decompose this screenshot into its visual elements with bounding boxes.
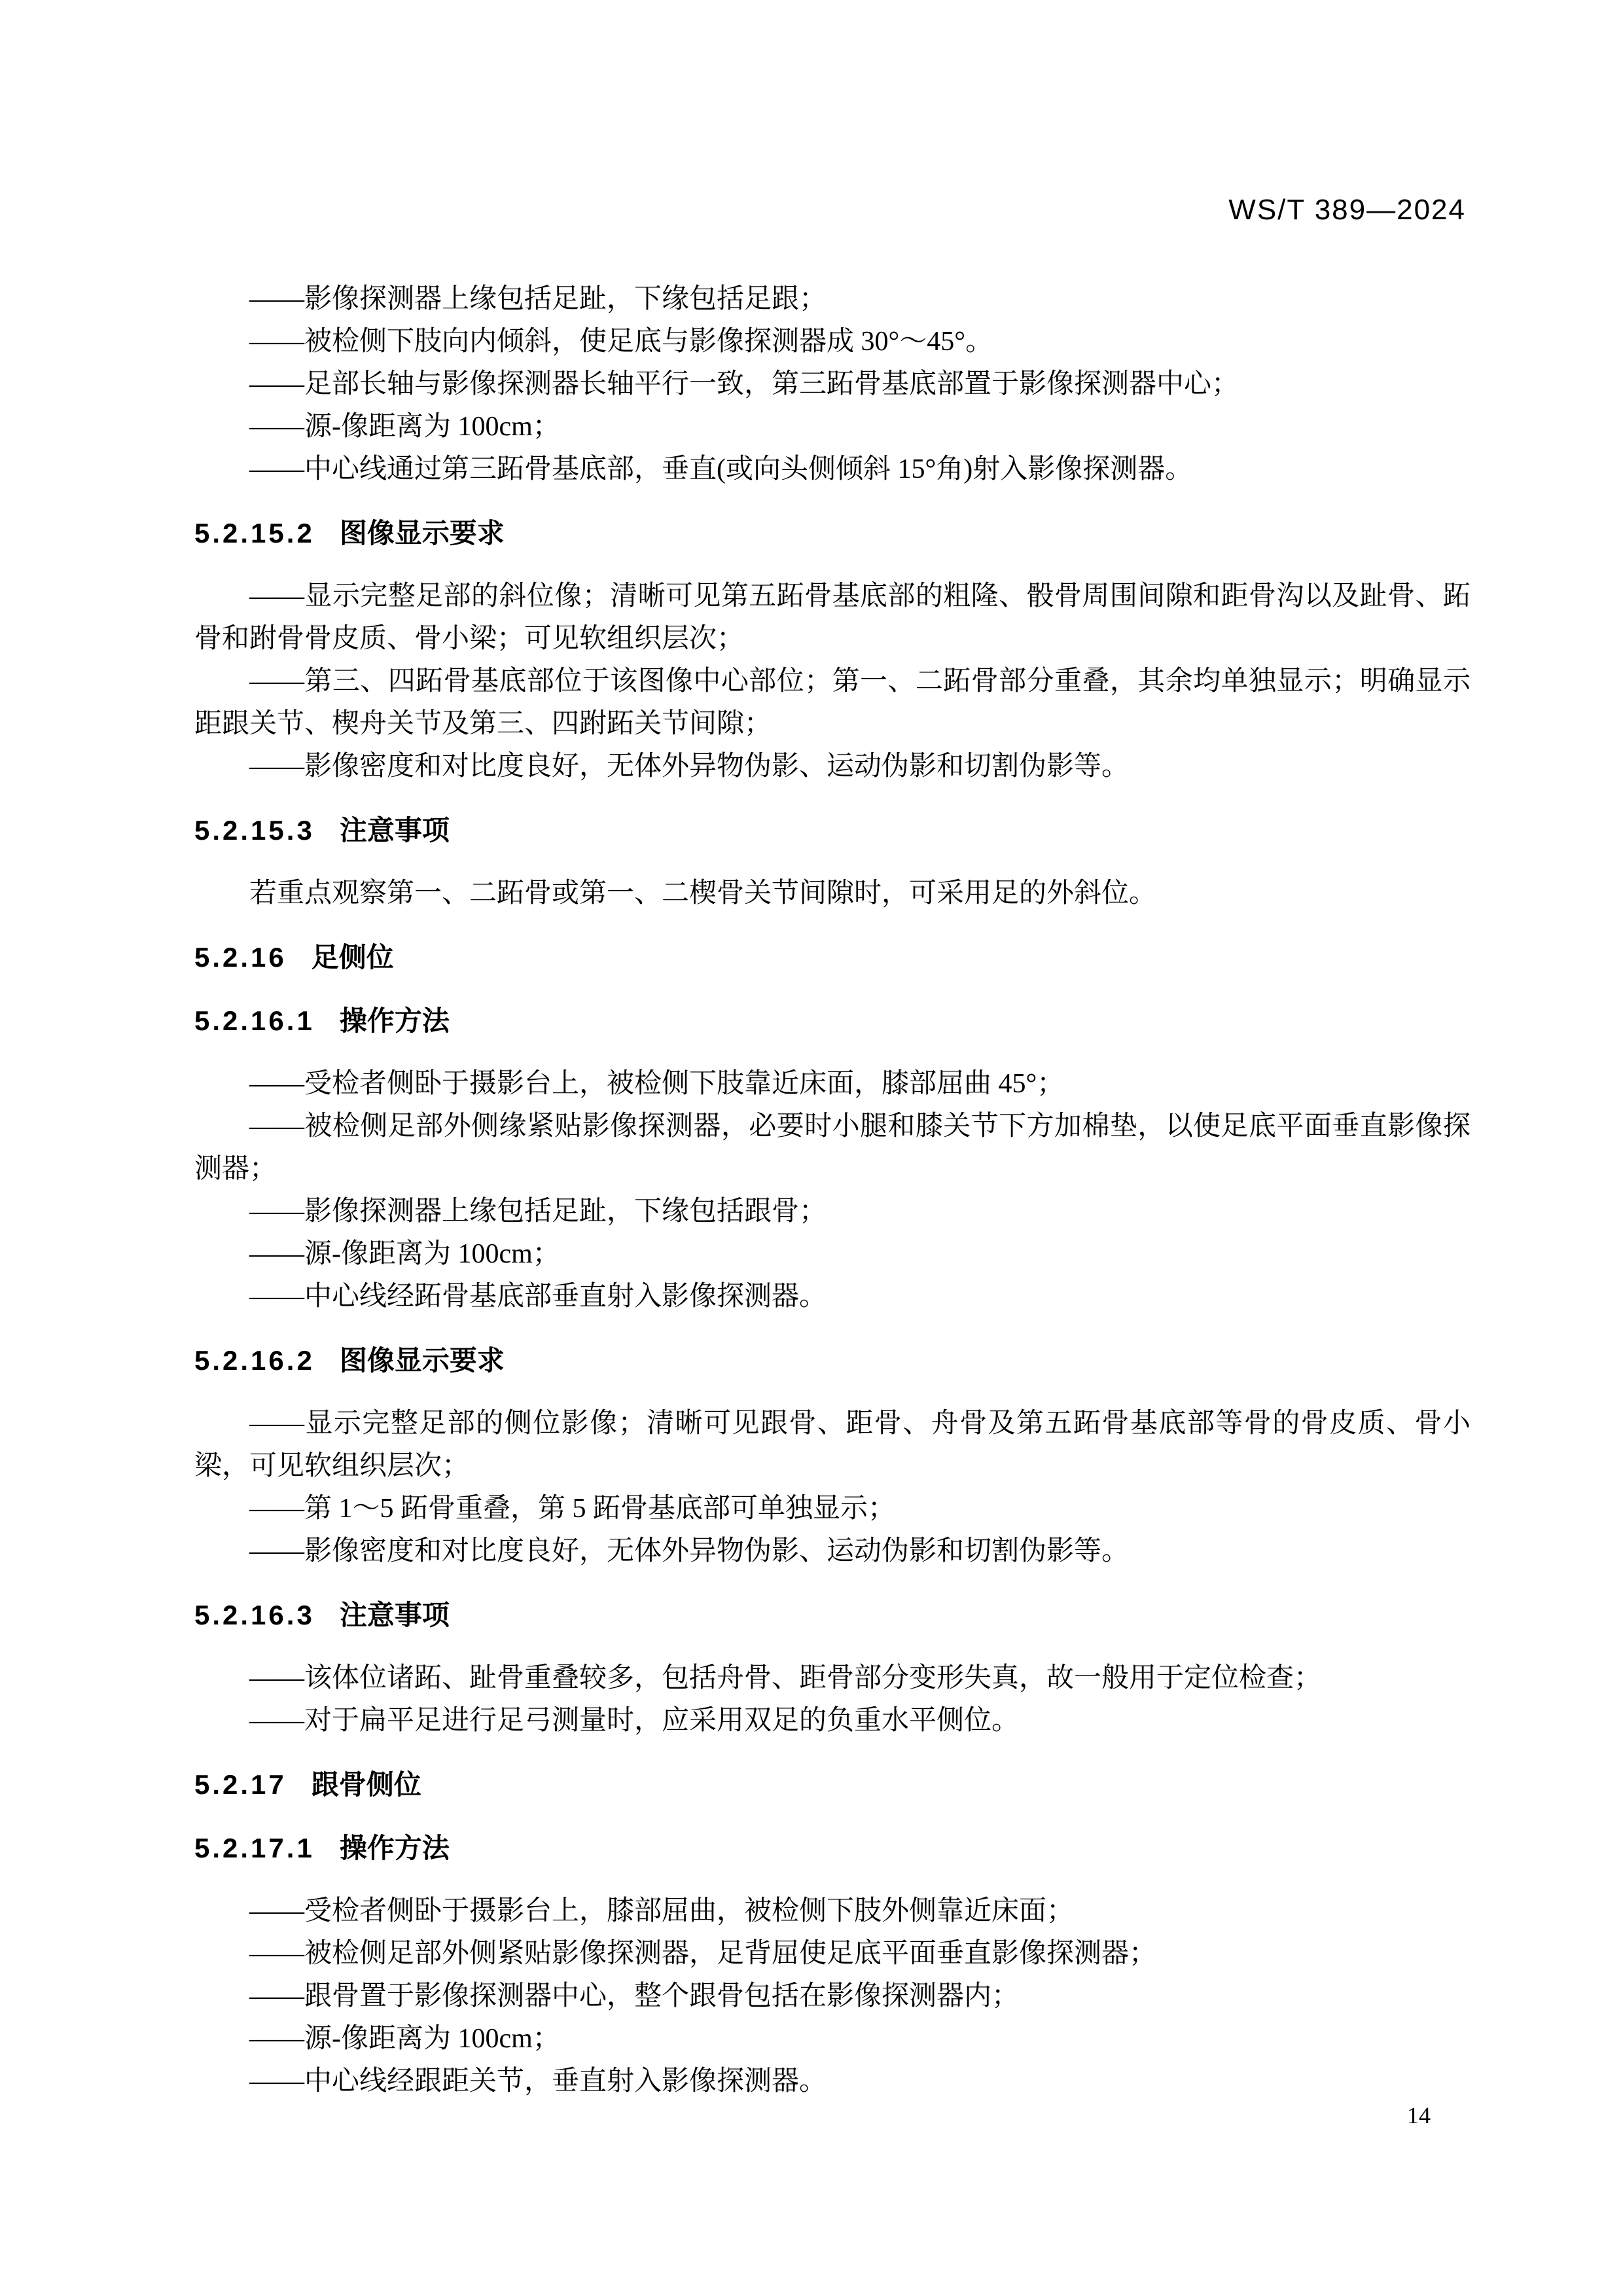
- heading-title: 操作方法: [340, 1833, 450, 1863]
- list-item: ——受检者侧卧于摄影台上，被检侧下肢靠近床面，膝部屈曲 45°；: [194, 1063, 1471, 1105]
- heading-title: 图像显示要求: [340, 518, 505, 548]
- section-heading-5-2-16-2: 5.2.16.2图像显示要求: [194, 1339, 1471, 1382]
- heading-number: 5.2.15.2: [194, 518, 315, 548]
- list-item: ——影像探测器上缘包括足趾，下缘包括足跟；: [194, 278, 1471, 321]
- list-item: ——第 1～5 跖骨重叠，第 5 跖骨基底部可单独显示；: [194, 1488, 1471, 1530]
- section-heading-5-2-15-3: 5.2.15.3注意事项: [194, 809, 1471, 852]
- list-item: ——显示完整足部的斜位像；清晰可见第五跖骨基底部的粗隆、骰骨周围间隙和距骨沟以及…: [194, 575, 1471, 660]
- section-heading-5-2-16: 5.2.16足侧位: [194, 936, 1471, 978]
- list-item: ——跟骨置于影像探测器中心，整个跟骨包括在影像探测器内；: [194, 1975, 1471, 2018]
- list-item: ——被检侧足部外侧缘紧贴影像探测器，必要时小腿和膝关节下方加棉垫，以使足底平面垂…: [194, 1105, 1471, 1191]
- section-heading-5-2-17-1: 5.2.17.1操作方法: [194, 1827, 1471, 1869]
- list-item: ——该体位诸跖、趾骨重叠较多，包括舟骨、距骨部分变形失真，故一般用于定位检查；: [194, 1657, 1471, 1700]
- list-item: ——显示完整足部的侧位影像；清晰可见跟骨、距骨、舟骨及第五跖骨基底部等骨的骨皮质…: [194, 1403, 1471, 1488]
- heading-number: 5.2.17.1: [194, 1833, 315, 1863]
- list-item: ——源-像距离为 100cm；: [194, 406, 1471, 448]
- list-item: ——源-像距离为 100cm；: [194, 1233, 1471, 1276]
- heading-title: 足侧位: [312, 942, 394, 973]
- heading-number: 5.2.15.3: [194, 815, 315, 846]
- list-item: ——足部长轴与影像探测器长轴平行一致，第三跖骨基底部置于影像探测器中心；: [194, 363, 1471, 406]
- heading-number: 5.2.16.3: [194, 1600, 315, 1630]
- page-number: 14: [1407, 2102, 1431, 2128]
- section-heading-5-2-17: 5.2.17跟骨侧位: [194, 1763, 1471, 1806]
- section-heading-5-2-16-3: 5.2.16.3注意事项: [194, 1594, 1471, 1636]
- heading-title: 图像显示要求: [340, 1345, 505, 1376]
- heading-number: 5.2.16: [194, 942, 287, 973]
- list-item: ——影像探测器上缘包括足趾，下缘包括跟骨；: [194, 1191, 1471, 1233]
- paragraph: 若重点观察第一、二跖骨或第一、二楔骨关节间隙时，可采用足的外斜位。: [194, 872, 1471, 915]
- heading-title: 注意事项: [340, 815, 450, 846]
- standard-code: WS/T 389—2024: [0, 194, 1466, 226]
- list-item: ——影像密度和对比度良好，无体外异物伪影、运动伪影和切割伪影等。: [194, 745, 1471, 788]
- list-item: ——影像密度和对比度良好，无体外异物伪影、运动伪影和切割伪影等。: [194, 1530, 1471, 1573]
- heading-number: 5.2.16.1: [194, 1005, 315, 1036]
- list-item: ——对于扁平足进行足弓测量时，应采用双足的负重水平侧位。: [194, 1700, 1471, 1742]
- list-item: ——中心线通过第三跖骨基底部，垂直(或向头侧倾斜 15°角)射入影像探测器。: [194, 448, 1471, 491]
- list-item: ——第三、四跖骨基底部位于该图像中心部位；第一、二跖骨部分重叠，其余均单独显示；…: [194, 660, 1471, 745]
- heading-title: 注意事项: [340, 1600, 450, 1630]
- heading-title: 操作方法: [340, 1005, 450, 1036]
- document-page: WS/T 389—2024 ——影像探测器上缘包括足趾，下缘包括足跟； ——被检…: [0, 0, 1623, 2296]
- section-heading-5-2-15-2: 5.2.15.2图像显示要求: [194, 512, 1471, 554]
- heading-number: 5.2.16.2: [194, 1345, 315, 1376]
- heading-title: 跟骨侧位: [312, 1769, 421, 1800]
- list-item: ——中心线经跖骨基底部垂直射入影像探测器。: [194, 1276, 1471, 1318]
- document-body: ——影像探测器上缘包括足趾，下缘包括足跟； ——被检侧下肢向内倾斜，使足底与影像…: [194, 278, 1471, 2103]
- list-item: ——被检侧下肢向内倾斜，使足底与影像探测器成 30°～45°。: [194, 321, 1471, 363]
- list-item: ——受检者侧卧于摄影台上，膝部屈曲，被检侧下肢外侧靠近床面；: [194, 1890, 1471, 1933]
- heading-number: 5.2.17: [194, 1769, 287, 1800]
- list-item: ——被检侧足部外侧紧贴影像探测器，足背屈使足底平面垂直影像探测器；: [194, 1933, 1471, 1975]
- section-heading-5-2-16-1: 5.2.16.1操作方法: [194, 999, 1471, 1042]
- list-item: ——中心线经跟距关节，垂直射入影像探测器。: [194, 2060, 1471, 2103]
- list-item: ——源-像距离为 100cm；: [194, 2018, 1471, 2060]
